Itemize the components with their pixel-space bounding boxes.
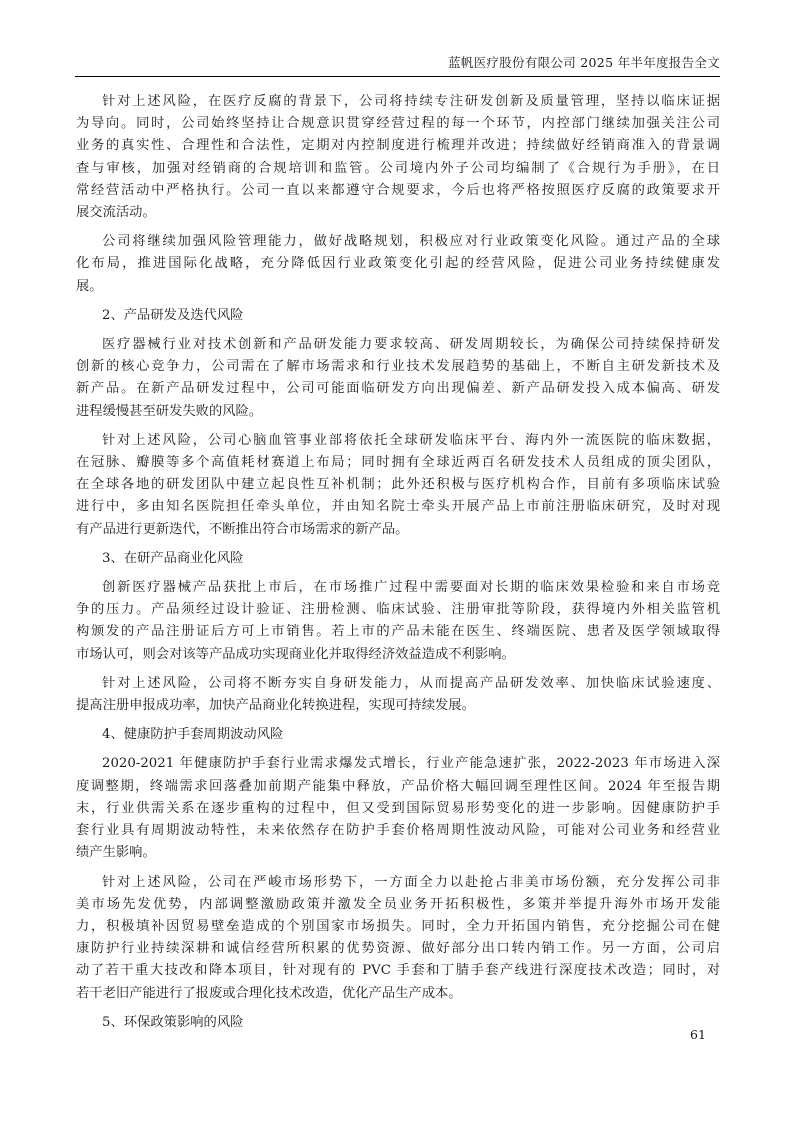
text-line: 展交流活动。 xyxy=(76,202,720,224)
text-line: 为导向。同时，公司始终坚持让合规意识贯穿经营过程的每一个环节，内控部门继续加强关… xyxy=(76,113,720,135)
document-body: 针对上述风险，在医疗反腐的背景下，公司将持续专注研发创新及质量管理，坚持以临床证… xyxy=(76,91,720,1041)
text-line: 针对上述风险，公司心脑血管事业部将依托全球研发临床平台、海内外一流医院的临床数据… xyxy=(76,430,720,452)
paragraph: 针对上述风险，公司将不断夯实自身研发能力，从而提高产品研发效率、加快临床试验速度… xyxy=(76,673,720,717)
text-line: 绩产生影响。 xyxy=(76,842,720,864)
text-line: 力，积极填补因贸易壁垒造成的个别国家市场损失。同时，全力开拓国内销售，充分挖掘公… xyxy=(76,916,720,938)
text-line: 公司将继续加强风险管理能力，做好战略规划，积极应对行业政策变化风险。通过产品的全… xyxy=(76,231,720,253)
section-heading: 5、环保政策影响的风险 xyxy=(76,1012,720,1034)
paragraph: 创新医疗器械产品获批上市后，在市场推广过程中需要面对长期的临床效果检验和来自市场… xyxy=(76,577,720,666)
text-line: 在冠脉、瓣膜等多个高值耗材赛道上布局；同时拥有全球近两百名研发技术人员组成的顶尖… xyxy=(76,452,720,474)
text-line: 美市场先发优势，内部调整激励政策并激发全员业务开拓积极性，多策并举提升海外市场开… xyxy=(76,894,720,916)
text-line: 创新医疗器械产品获批上市后，在市场推广过程中需要面对长期的临床效果检验和来自市场… xyxy=(76,577,720,599)
text-line: 提高注册申报成功率，加快产品商业化转换进程，实现可持续发展。 xyxy=(76,695,720,717)
paragraph: 针对上述风险，公司在严峻市场形势下，一方面全力以赴抢占非美市场份额，充分发挥公司… xyxy=(76,872,720,1005)
text-line: 查与审核，加强对经销商的合规培训和监管。公司境内外子公司均编制了《合规行为手册》… xyxy=(76,158,720,180)
text-line: 争的压力。产品须经过设计验证、注册检测、临床试验、注册审批等阶段，获得境内外相关… xyxy=(76,599,720,621)
paragraph: 针对上述风险，公司心脑血管事业部将依托全球研发临床平台、海内外一流医院的临床数据… xyxy=(76,430,720,541)
text-line: 动了若干重大技改和降本项目，针对现有的 PVC 手套和丁腈手套产线进行深度技术改… xyxy=(76,960,720,982)
text-line: 套行业具有周期波动特性，未来依然存在防护手套价格周期性波动风险，可能对公司业务和… xyxy=(76,820,720,842)
text-line: 康防护行业持续深耕和诚信经营所积累的优势资源、做好部分出口转内销工作。另一方面，… xyxy=(76,938,720,960)
running-header: 蓝帆医疗股份有限公司 2025 年半年度报告全文 xyxy=(75,54,720,72)
paragraph: 针对上述风险，在医疗反腐的背景下，公司将持续专注研发创新及质量管理，坚持以临床证… xyxy=(76,91,720,224)
text-line: 进程缓慢甚至研发失败的风险。 xyxy=(76,401,720,423)
text-line: 市场认可，则会对该等产品成功实现商业化并取得经济效益造成不利影响。 xyxy=(76,644,720,666)
text-line: 化布局，推进国际化战略，充分降低因行业政策变化引起的经营风险，促进公司业务持续健… xyxy=(76,253,720,275)
text-line: 创新的核心竞争力，公司需在了解市场需求和行业技术发展趋势的基础上，不断自主研发新… xyxy=(76,356,720,378)
section-heading: 4、健康防护手套周期波动风险 xyxy=(76,724,720,746)
paragraph: 医疗器械行业对技术创新和产品研发能力要求较高、研发周期较长，为确保公司持续保持研… xyxy=(76,334,720,423)
section-heading: 2、产品研发及迭代风险 xyxy=(76,305,720,327)
paragraph: 公司将继续加强风险管理能力，做好战略规划，积极应对行业政策变化风险。通过产品的全… xyxy=(76,231,720,298)
text-line: 进行中，多由知名医院担任牵头单位，并由知名院士牵头开展产品上市前注册临床研究，及… xyxy=(76,496,720,518)
section-heading: 3、在研产品商业化风险 xyxy=(76,548,720,570)
text-line: 针对上述风险，公司将不断夯实自身研发能力，从而提高产品研发效率、加快临床试验速度… xyxy=(76,673,720,695)
text-line: 构颁发的产品注册证后方可上市销售。若上市的产品未能在医生、终端医院、患者及医学领… xyxy=(76,621,720,643)
text-line: 业务的真实性、合理性和合法性，定期对内控制度进行梳理并改进；持续做好经销商准入的… xyxy=(76,135,720,157)
header-divider xyxy=(75,76,720,77)
text-line: 末，行业供需关系在逐步重构的过程中，但又受到国际贸易形势变化的进一步影响。因健康… xyxy=(76,798,720,820)
text-line: 常经营活动中严格执行。公司一直以来都遵守合规要求，今后也将严格按照医疗反腐的政策… xyxy=(76,180,720,202)
text-line: 若干老旧产能进行了报废或合理化技术改造，优化产品生产成本。 xyxy=(76,983,720,1005)
page-number: 61 xyxy=(690,1027,706,1042)
paragraph: 2020-2021 年健康防护手套行业需求爆发式增长，行业产能急速扩张，2022… xyxy=(76,753,720,864)
text-line: 针对上述风险，在医疗反腐的背景下，公司将持续专注研发创新及质量管理，坚持以临床证… xyxy=(76,91,720,113)
text-line: 度调整期，终端需求回落叠加前期产能集中释放，产品价格大幅回调至理性区间。2024… xyxy=(76,776,720,798)
text-line: 有产品进行更新迭代，不断推出符合市场需求的新产品。 xyxy=(76,519,720,541)
text-line: 针对上述风险，公司在严峻市场形势下，一方面全力以赴抢占非美市场份额，充分发挥公司… xyxy=(76,872,720,894)
text-line: 2020-2021 年健康防护手套行业需求爆发式增长，行业产能急速扩张，2022… xyxy=(76,753,720,775)
text-line: 新产品。在新产品研发过程中，公司可能面临研发方向出现偏差、新产品研发投入成本偏高… xyxy=(76,378,720,400)
text-line: 在全球各地的研发团队中建立起良性互补机制；此外还积极与医疗机构合作，目前有多项临… xyxy=(76,474,720,496)
text-line: 医疗器械行业对技术创新和产品研发能力要求较高、研发周期较长，为确保公司持续保持研… xyxy=(76,334,720,356)
text-line: 展。 xyxy=(76,276,720,298)
